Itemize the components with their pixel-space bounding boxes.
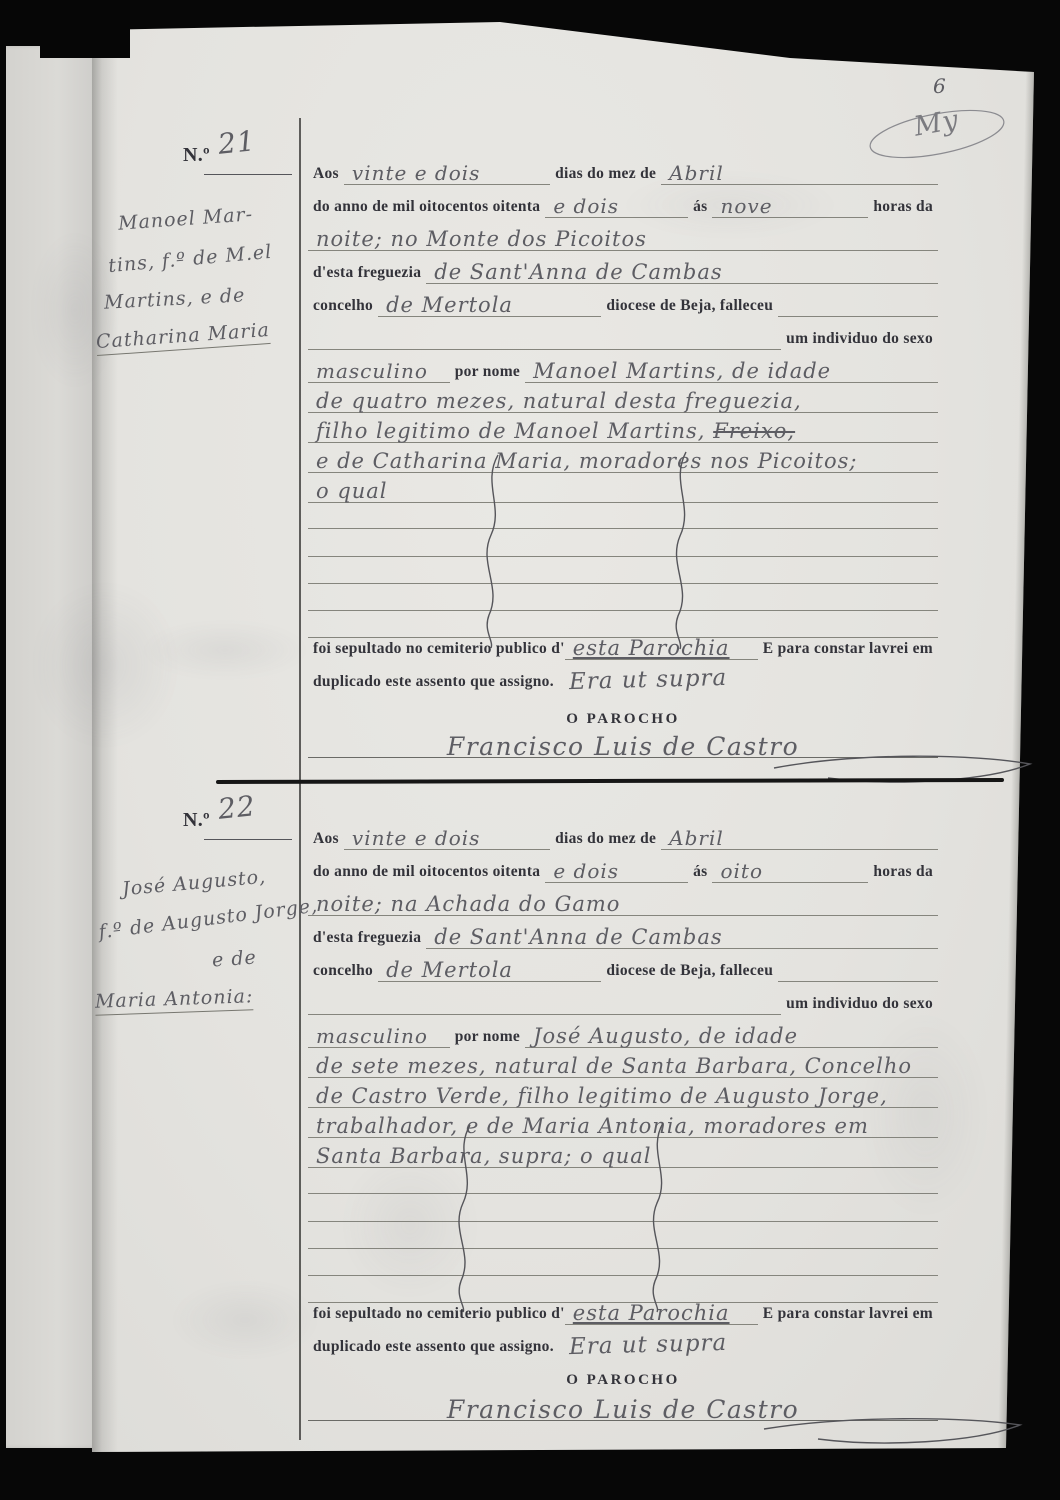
hw-parochia: esta Parochia (565, 1303, 758, 1325)
form-line-body: e de Catharina Maria, moradores nos Pico… (308, 440, 938, 473)
printed-o-parocho: O PAROCHO (561, 711, 684, 729)
form-line-nome: masculino por nome José Augusto, de idad… (308, 1015, 938, 1048)
printed-horas: horas da (868, 863, 938, 883)
form-line-body: de sete mezes, natural de Santa Barbara,… (308, 1045, 938, 1078)
printed-freguezia: d'esta freguezia (308, 929, 426, 949)
death-record-22: N.º 22 José Augusto, f.º de Augusto Jorg… (0, 803, 1060, 1463)
hw-hour: oito (712, 861, 868, 883)
hw-parochia-text: esta Parochia (573, 1301, 730, 1325)
margin-note-line: Catharina Maria (95, 319, 270, 356)
printed-dias: dias do mez de (550, 830, 661, 850)
form-line-duplicado: duplicado este assento que assigno. Era … (308, 1325, 938, 1358)
death-record-21: N.º 21 Manoel Mar- tins, f.º de M.el Mar… (0, 138, 1060, 778)
printed-concelho: concelho (308, 297, 378, 317)
printed-diocese: diocese de Beja, falleceu (601, 962, 778, 982)
margin-note-line: Martins, e de (104, 284, 246, 313)
printed-sexo: um individuo do sexo (781, 330, 938, 350)
folio-number: 6 (933, 74, 947, 98)
form-line-body: trabalhador, e de Maria Antonia, morador… (308, 1105, 938, 1138)
hw-body-line: Santa Barbara, supra; o qual (308, 1146, 938, 1168)
blank-ruled-line (308, 1275, 938, 1276)
form-line-duplicado: duplicado este assento que assigno. Era … (308, 660, 938, 693)
hw-era-ut-supra: Era ut supra (569, 1330, 728, 1360)
blank-ruled-line (308, 1193, 938, 1194)
printed-as: ás (688, 198, 712, 218)
record-number-underline (204, 839, 292, 840)
printed-duplicado: duplicado este assento que assigno. (308, 673, 559, 693)
printed-constar: E para constar lavrei em (758, 640, 938, 660)
margin-note-line: Maria Antonia: (95, 985, 254, 1016)
form-line-year-hour: do anno de mil oitocentos oitenta e dois… (308, 850, 938, 883)
void-wavy-stroke-icon (450, 1123, 480, 1313)
form-line-concelho: concelho de Mertola diocese de Beja, fal… (308, 284, 938, 317)
form-line-year-hour: do anno de mil oitocentos oitenta e dois… (308, 185, 938, 218)
printed-horas: horas da (868, 198, 938, 218)
margin-note-line: tins, f.º de M.el (107, 241, 273, 277)
hw-body-line: o qual (308, 481, 938, 503)
hw-hour: nove (712, 196, 868, 218)
hw-year-suffix: e dois (545, 196, 688, 218)
margin-note-line: f.º de Augusto Jorge, (97, 895, 319, 944)
parocho-heading-row: O PAROCHO (308, 1371, 938, 1389)
printed-anno: do anno de mil oitocentos oitenta (308, 863, 545, 883)
form-line-date: Aos vinte e dois dias do mez de Abril (308, 817, 938, 850)
form-line-concelho: concelho de Mertola diocese de Beja, fal… (308, 949, 938, 982)
form-line-place: noite; na Achada do Gamo (308, 883, 938, 916)
record-number-label: N.º (178, 809, 215, 834)
printed-sepultado: foi sepultado no cemiterio publico d' (308, 640, 565, 660)
printed-sexo: um individuo do sexo (781, 995, 938, 1015)
form-line-freguezia: d'esta freguezia de Sant'Anna de Cambas (308, 251, 938, 284)
signature-flourish-icon (760, 1415, 1030, 1451)
blank-ruled-line (308, 1221, 938, 1222)
form-line-sexo: um individuo do sexo (308, 317, 938, 350)
blank-ruled-line (308, 528, 938, 529)
hw-era-ut-supra: Era ut supra (569, 665, 728, 695)
hw-concelho: de Mertola (378, 960, 601, 982)
form-line-sepultado: foi sepultado no cemiterio publico d' es… (308, 1292, 938, 1325)
page-content: 6 My N.º 21 Manoel Mar- tins, f.º de M.e… (0, 0, 1060, 1500)
scanned-death-register-page: 6 My N.º 21 Manoel Mar- tins, f.º de M.e… (0, 0, 1060, 1500)
form-line-body: o qual (308, 470, 938, 503)
form-line-freguezia: d'esta freguezia de Sant'Anna de Cambas (308, 916, 938, 949)
record-number-value: 22 (216, 789, 257, 826)
form-line-body: Santa Barbara, supra; o qual (308, 1135, 938, 1168)
hw-month: Abril (661, 828, 938, 850)
printed-freguezia: d'esta freguezia (308, 264, 426, 284)
hw-freguezia: de Sant'Anna de Cambas (426, 262, 938, 284)
void-wavy-stroke-icon (478, 453, 508, 649)
printed-aos: Aos (308, 830, 344, 850)
hw-day: vinte e dois (344, 828, 550, 850)
blank-ruled-line (308, 1248, 938, 1249)
hw-parochia: esta Parochia (565, 638, 758, 660)
margin-note-line: José Augusto, (121, 866, 267, 900)
hw-parochia-text: esta Parochia (573, 636, 730, 660)
form-line-body: filho legitimo de Manoel Martins, Freixo… (308, 410, 938, 443)
void-wavy-stroke-icon (668, 450, 698, 650)
form-line-nome: masculino por nome Manoel Martins, de id… (308, 350, 938, 383)
form-line-sexo: um individuo do sexo (308, 982, 938, 1015)
void-wavy-stroke-icon (645, 1121, 675, 1313)
printed-diocese: diocese de Beja, falleceu (601, 297, 778, 317)
hw-day: vinte e dois (344, 163, 550, 185)
hw-freguezia: de Sant'Anna de Cambas (426, 927, 938, 949)
printed-dias: dias do mez de (550, 165, 661, 185)
printed-anno: do anno de mil oitocentos oitenta (308, 198, 545, 218)
printed-as: ás (688, 863, 712, 883)
printed-duplicado: duplicado este assento que assigno. (308, 1338, 559, 1358)
record-number-label: N.º (178, 144, 215, 169)
hw-concelho: de Mertola (378, 295, 601, 317)
blank-ruled-line (308, 583, 938, 584)
scan-corner-artifact (40, 0, 130, 58)
hw-month: Abril (661, 163, 938, 185)
form-line-date: Aos vinte e dois dias do mez de Abril (308, 152, 938, 185)
form-line-place: noite; no Monte dos Picoitos (308, 218, 938, 251)
printed-aos: Aos (308, 165, 344, 185)
signature-flourish-icon (770, 752, 1040, 792)
hw-year-suffix: e dois (545, 861, 688, 883)
form-line-body: de Castro Verde, filho legitimo de Augus… (308, 1075, 938, 1108)
record-number-value: 21 (216, 124, 257, 161)
form-line-sepultado: foi sepultado no cemiterio publico d' es… (308, 627, 938, 660)
printed-o-parocho: O PAROCHO (561, 1372, 684, 1390)
blank-ruled-line (308, 556, 938, 557)
form-line-body: de quatro mezes, natural desta freguezia… (308, 380, 938, 413)
printed-sepultado: foi sepultado no cemiterio publico d' (308, 1305, 565, 1325)
margin-note-line: e de (211, 946, 257, 971)
printed-concelho: concelho (308, 962, 378, 982)
hw-place: noite; no Monte dos Picoitos (308, 229, 938, 251)
margin-note-line: Manoel Mar- (117, 203, 253, 234)
hw-place: noite; na Achada do Gamo (308, 894, 938, 916)
parocho-heading-row: O PAROCHO (308, 710, 938, 728)
record-number-underline (204, 174, 292, 175)
printed-constar: E para constar lavrei em (758, 1305, 938, 1325)
blank-ruled-line (308, 610, 938, 611)
